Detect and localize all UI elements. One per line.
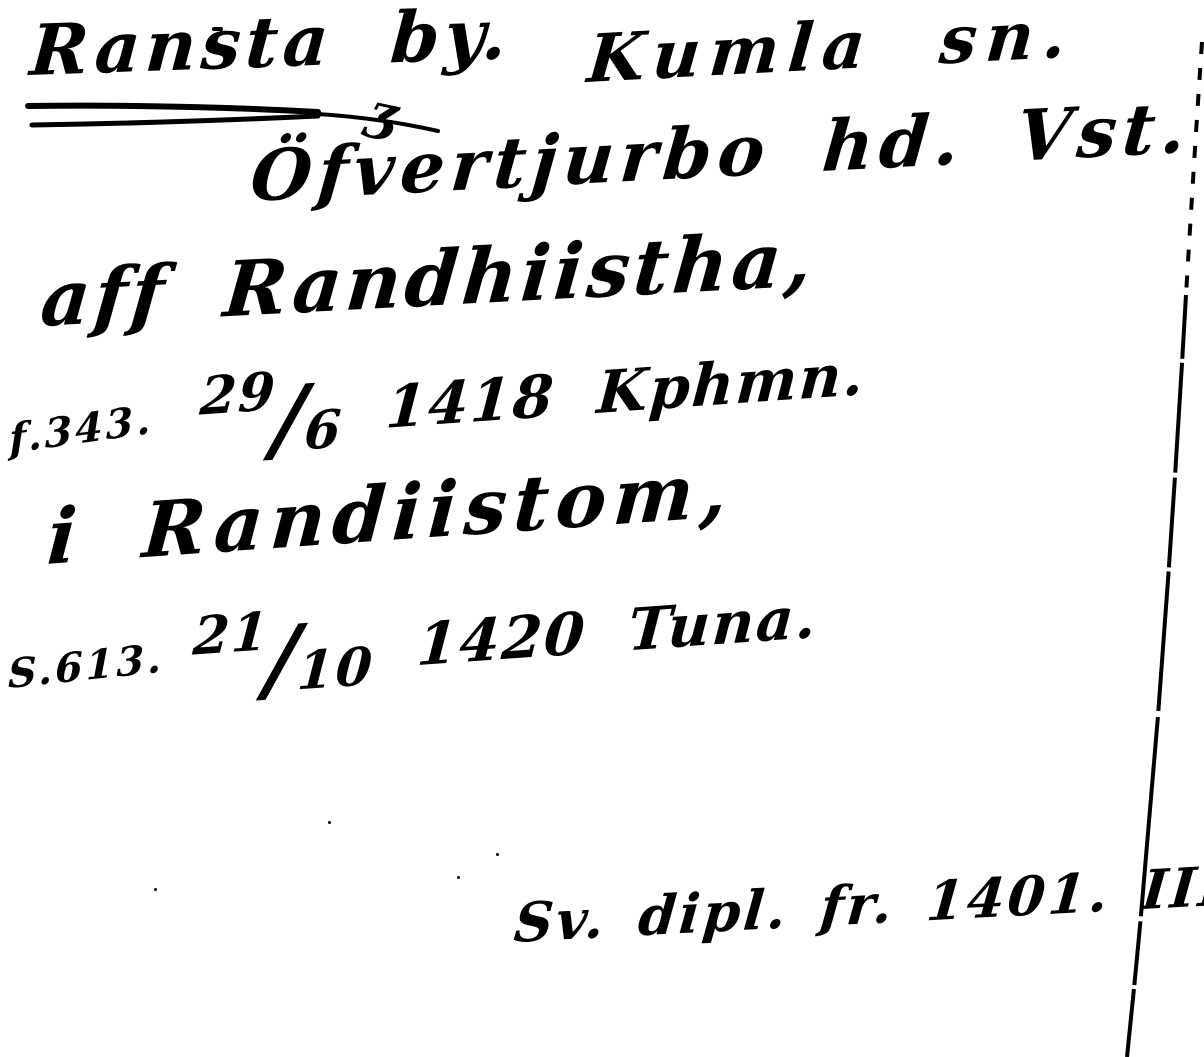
entry2-place: Tuna.	[626, 583, 820, 665]
medieval-spelling-2: i Randiistom,	[45, 451, 737, 576]
entry1-place: Kphmn.	[595, 340, 868, 427]
title-underline-top	[28, 106, 318, 112]
source-citation: Sv. dipl. fr. 1401. III.	[512, 857, 1204, 950]
entry1-year: 1418	[384, 362, 558, 442]
title-underline-bottom	[32, 116, 318, 125]
scanned-card: Ransta by. ʒ Kumla sn. Öfvertjurbo hd. V…	[0, 0, 1204, 1057]
page-ref-2: S.613.	[8, 638, 164, 695]
entry-date-1: 29/6 1418 Kphmn.	[195, 325, 869, 473]
page-ref-1: f.343.	[9, 400, 154, 460]
entry2-year: 1420	[415, 599, 589, 679]
ink-speck	[154, 888, 157, 891]
medieval-spelling-1: aff Randhiistha,	[38, 221, 819, 338]
entry2-month: 10	[296, 640, 376, 698]
place-title-line: Ransta by.	[28, 0, 514, 86]
place-title: Ransta	[28, 0, 337, 92]
card-edge-line-main	[1127, 295, 1186, 1057]
entry-date-2: 21/10 1420 Tuna.	[188, 567, 821, 712]
card-edge-line-top	[1186, 42, 1202, 295]
place-title-suffix: by.	[388, 0, 515, 79]
ink-speck	[457, 876, 460, 879]
entry2-day: 21	[191, 606, 271, 664]
ink-speck	[328, 821, 331, 824]
ink-speck	[496, 853, 499, 856]
ink-speck	[212, 27, 223, 31]
parish-note: Kumla sn.	[585, 0, 1078, 92]
entry1-day: 29	[198, 366, 278, 424]
entry1-month: 6	[303, 403, 345, 458]
